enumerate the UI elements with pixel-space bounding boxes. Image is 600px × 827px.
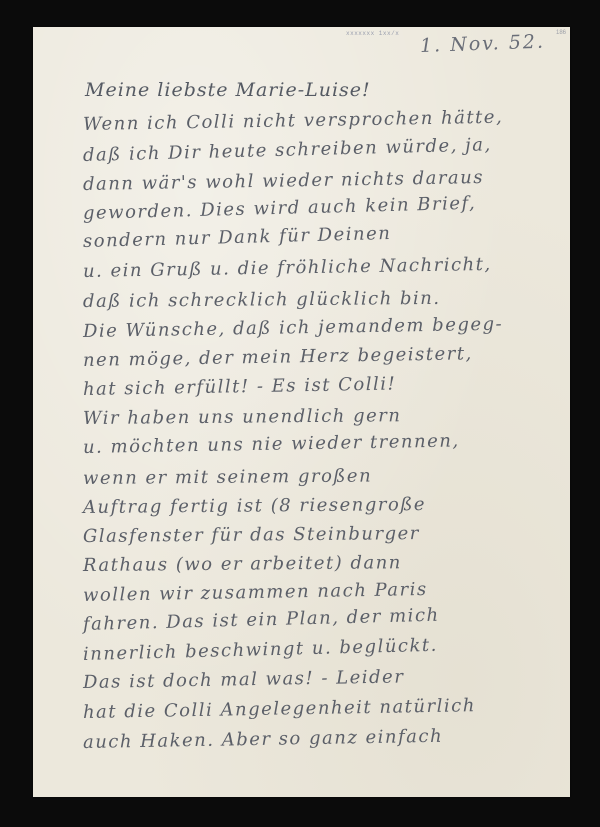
text-line: dann wär's wohl wieder nichts daraus — [83, 167, 484, 195]
folio-number: 186 — [556, 30, 566, 36]
document-scan: xxxxxxx 1xx/x 186 1. Nov. 52. Meine lieb… — [0, 0, 600, 827]
text-line: Die Wünsche, daß ich jemandem begeg- — [83, 314, 504, 342]
text-line: hat die Colli Angelegenheit natürlich — [83, 695, 476, 723]
text-line: daß ich schrecklich glücklich bin. — [83, 288, 441, 312]
text-line: hat sich erfüllt! - Es ist Colli! — [83, 374, 397, 400]
text-line: Wenn ich Colli nicht versprochen hätte, — [83, 107, 504, 135]
text-line: wollen wir zusammen nach Paris — [83, 579, 428, 606]
text-line: Das ist doch mal was! - Leider — [83, 666, 405, 693]
text-line: innerlich beschwingt u. beglückt. — [83, 635, 438, 665]
text-line: Rathaus (wo er arbeitet) dann — [83, 552, 402, 576]
text-line: Glasfenster für das Steinburger — [83, 523, 420, 547]
text-line: nen möge, der mein Herz begeistert, — [83, 343, 473, 371]
archive-stamp: xxxxxxx 1xx/x — [346, 30, 399, 37]
text-line: wenn er mit seinem großen — [83, 465, 372, 489]
text-line: geworden. Dies wird auch kein Brief, — [83, 193, 477, 224]
text-line: Auftrag fertig ist (8 riesengroße — [83, 494, 426, 518]
text-line: u. möchten uns nie wieder trennen, — [83, 430, 460, 458]
letter-date: 1. Nov. 52. — [420, 31, 546, 57]
salutation: Meine liebste Marie-Luise! — [85, 79, 371, 101]
text-line: u. ein Gruß u. die fröhliche Nachricht, — [83, 254, 492, 282]
text-line: Wir haben uns unendlich gern — [83, 405, 402, 429]
text-line: auch Haken. Aber so ganz einfach — [83, 726, 443, 753]
text-line: sondern nur Dank für Deinen — [83, 223, 392, 252]
letter-page: xxxxxxx 1xx/x 186 1. Nov. 52. Meine lieb… — [33, 27, 570, 797]
text-line: fahren. Das ist ein Plan, der mich — [83, 605, 440, 635]
text-line: daß ich Dir heute schreiben würde, ja, — [83, 134, 492, 166]
